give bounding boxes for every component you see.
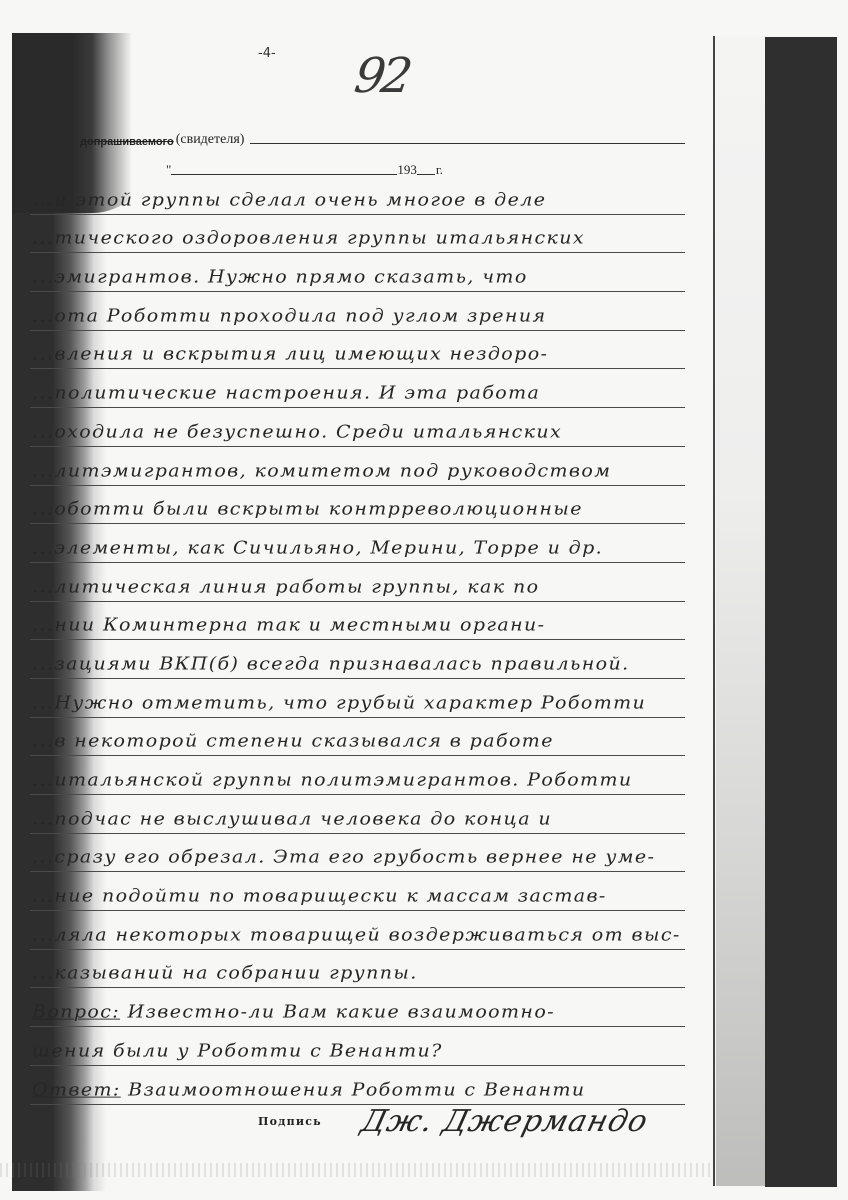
text-line: ...ляла некоторых товарищей воздерживать… bbox=[30, 911, 685, 950]
question-text: Известно-ли Вам какие взаимоотно- bbox=[120, 1002, 555, 1022]
text-line: ...элементы, как Сичильяно, Мерини, Торр… bbox=[30, 524, 685, 563]
text-line: ...казываний на собрании группы. bbox=[30, 950, 685, 989]
line-text: ...ние подойти по товарищески к массам з… bbox=[30, 886, 607, 910]
page-marker: -4- bbox=[258, 46, 276, 61]
line-text: ...зациями ВКП(б) всегда признавалась пр… bbox=[30, 654, 630, 678]
line-text: ...литэмигрантов, комитетом под руководс… bbox=[30, 461, 611, 485]
signature-value: Дж. Джермандо bbox=[357, 1104, 651, 1139]
text-line: ...эмигрантов. Нужно прямо сказать, что bbox=[30, 253, 685, 292]
line-text: ...эмигрантов. Нужно прямо сказать, что bbox=[30, 267, 528, 291]
text-line: ...и этой группы сделал очень многое в д… bbox=[30, 176, 685, 215]
line-text: ...сразу его обрезал. Эта его грубость в… bbox=[30, 847, 655, 871]
question-line: Вопрос: Известно-ли Вам какие взаимоотно… bbox=[30, 988, 685, 1027]
line-text: ...тического оздоровления группы итальян… bbox=[30, 228, 585, 252]
line-text: ...элементы, как Сичильяно, Мерини, Торр… bbox=[30, 538, 603, 562]
handwritten-body: ...и этой группы сделал очень многое в д… bbox=[30, 176, 685, 1105]
date-blank bbox=[171, 174, 397, 175]
question-line-continued: шения были у Роботти с Венанти? bbox=[30, 1027, 685, 1066]
scan-speckle-right bbox=[716, 36, 766, 1186]
witness-name-blank bbox=[250, 143, 685, 144]
text-line: ...политические настроения. И эта работа bbox=[30, 369, 685, 408]
text-line: ...нии Коминтерна так и местными органи- bbox=[30, 602, 685, 641]
line-text: ...политические настроения. И эта работа bbox=[30, 383, 540, 407]
text-line: ...тического оздоровления группы итальян… bbox=[30, 215, 685, 254]
text-line: ...оходила не безуспешно. Среди итальянс… bbox=[30, 408, 685, 447]
answer-label: Ответ: bbox=[32, 1080, 121, 1100]
text-line: ...подчас не выслушивал человека до конц… bbox=[30, 795, 685, 834]
date-row: " 193 г. bbox=[120, 158, 480, 178]
line-text: ...и этой группы сделал очень многое в д… bbox=[30, 190, 546, 214]
line-text: ...Нужно отметить, что грубый характер Р… bbox=[30, 693, 646, 717]
line-text: ...ляла некоторых товарищей воздерживать… bbox=[30, 925, 681, 949]
line-text: ...нии Коминтерна так и местными органи- bbox=[30, 615, 545, 639]
witness-label: (свидетеля) bbox=[176, 132, 245, 148]
scan-shadow-right bbox=[765, 37, 837, 1187]
line-text: ...ота Роботти проходила под углом зрени… bbox=[30, 306, 546, 330]
date-year-blank bbox=[417, 174, 435, 175]
struck-form-word: допрашиваемого bbox=[80, 136, 174, 148]
text-line: ...сразу его обрезал. Эта его грубость в… bbox=[30, 834, 685, 873]
question-label: Вопрос: bbox=[32, 1002, 120, 1022]
scan-noise-bottom bbox=[0, 1163, 713, 1177]
line-text: шения были у Роботти с Венанти? bbox=[30, 1041, 443, 1065]
text-line: ...зациями ВКП(б) всегда признавалась пр… bbox=[30, 640, 685, 679]
line-text: ...казываний на собрании группы. bbox=[30, 964, 418, 988]
text-line: ...ота Роботти проходила под углом зрени… bbox=[30, 292, 685, 331]
text-line: ...литическая линия работы группы, как п… bbox=[30, 563, 685, 602]
line-text: ...в некоторой степени сказывался в рабо… bbox=[30, 731, 554, 755]
text-line: ...оботти были вскрыты контрреволюционны… bbox=[30, 486, 685, 525]
folio-number: 92 bbox=[351, 48, 412, 104]
line-text: ...литическая линия работы группы, как п… bbox=[30, 577, 539, 601]
signature-label: Подпись bbox=[258, 1115, 322, 1128]
line-text: ...оботти были вскрыты контрреволюционны… bbox=[30, 499, 583, 523]
text-line: ...в некоторой степени сказывался в рабо… bbox=[30, 718, 685, 757]
line-text: ...оходила не безуспешно. Среди итальянс… bbox=[30, 422, 562, 446]
line-text: Вопрос: Известно-ли Вам какие взаимоотно… bbox=[30, 1002, 555, 1026]
line-text: ...подчас не выслушивал человека до конц… bbox=[30, 809, 552, 833]
text-line: ...вления и вскрытия лиц имеющих нездоро… bbox=[30, 331, 685, 370]
page-right-border bbox=[713, 36, 715, 1186]
question-text-continued: шения были у Роботти с Венанти? bbox=[32, 1041, 443, 1061]
witness-form-row: допрашиваемого (свидетеля) bbox=[80, 126, 685, 148]
line-text: ...итальянской группы политэмигрантов. Р… bbox=[30, 770, 633, 794]
text-line: ...Нужно отметить, что грубый характер Р… bbox=[30, 679, 685, 718]
line-text: ...вления и вскрытия лиц имеющих нездоро… bbox=[30, 345, 548, 369]
text-line: ...ние подойти по товарищески к массам з… bbox=[30, 872, 685, 911]
signature-row: Подпись Дж. Джермандо bbox=[258, 1096, 678, 1146]
text-line: ...литэмигрантов, комитетом под руководс… bbox=[30, 447, 685, 486]
text-line: ...итальянской группы политэмигрантов. Р… bbox=[30, 756, 685, 795]
